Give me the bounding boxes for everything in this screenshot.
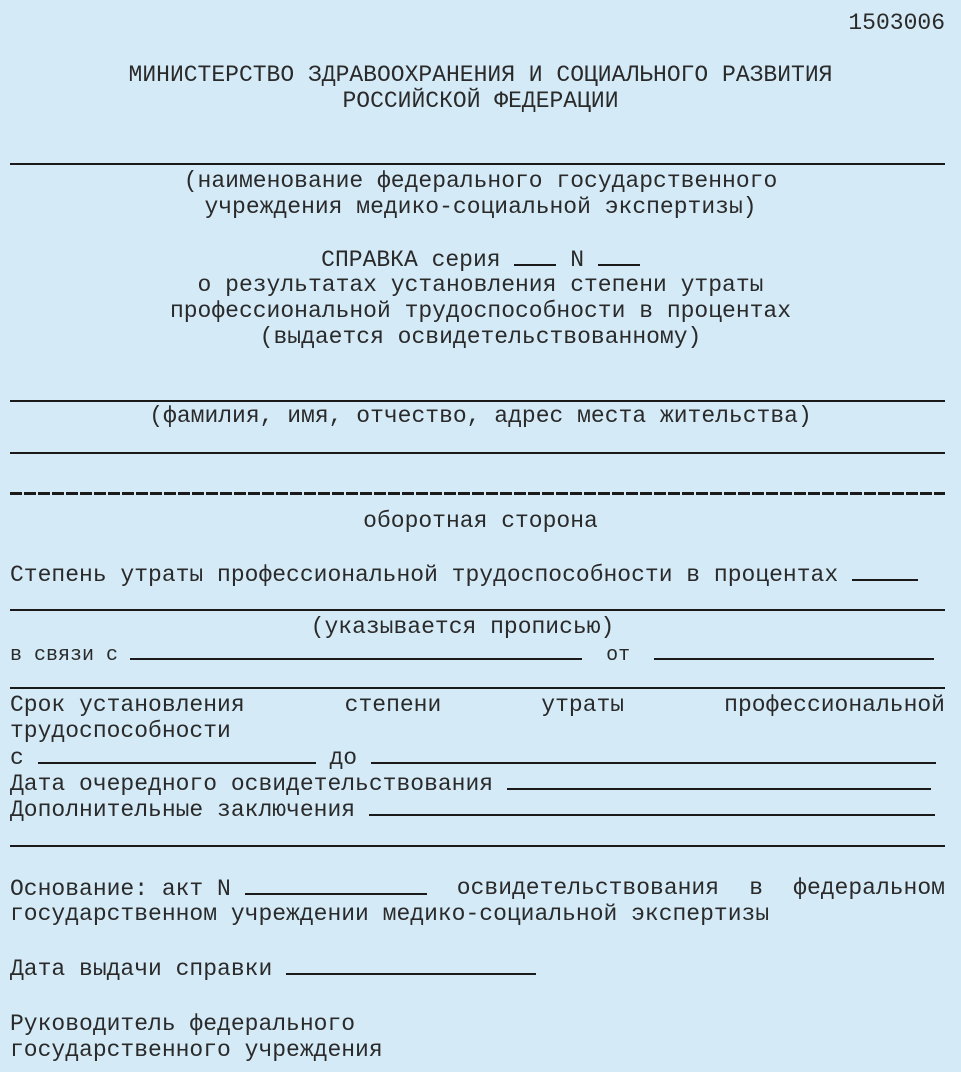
certificate-title-prefix: СПРАВКА серия [321, 247, 500, 273]
term-period-row: с до [10, 744, 945, 771]
number-label: N [570, 247, 584, 273]
basis-row: Основание: акт N освидетельствования в ф… [10, 875, 945, 902]
degree-row: Степень утраты профессиональной трудоспо… [10, 561, 945, 588]
number-field[interactable] [598, 246, 640, 266]
degree-percent-field[interactable] [852, 561, 918, 581]
basis-word-3: в [749, 875, 763, 902]
connection-continuation-field[interactable] [10, 687, 945, 689]
degree-words-field[interactable] [10, 609, 945, 611]
institution-caption-line2: учреждения медико-социальной экспертизы) [0, 194, 961, 220]
from-label: от [606, 644, 630, 667]
term-word-1: Срок установления [10, 692, 245, 718]
degree-label: Степень утраты профессиональной трудоспо… [10, 562, 838, 588]
additional-continuation-field[interactable] [10, 845, 945, 847]
reverse-side-title: оборотная сторона [0, 508, 961, 534]
term-word-2: степени [345, 692, 442, 718]
next-exam-field[interactable] [507, 770, 931, 790]
head-line1: Руководитель федерального [10, 1011, 945, 1037]
cut-line-divider [10, 492, 945, 495]
head-line2: государственного учреждения [10, 1037, 945, 1063]
ministry-title-line2: РОССИЙСКОЙ ФЕДЕРАЦИИ [0, 88, 961, 114]
term-from-field[interactable] [38, 744, 316, 764]
term-from-label: с [10, 745, 24, 771]
institution-name-field[interactable] [10, 163, 945, 165]
basis-word-4: федеральном [793, 875, 945, 902]
additional-row: Дополнительные заключения [10, 796, 945, 823]
basis-label: Основание: акт N [10, 876, 231, 902]
person-caption: (фамилия, имя, отчество, адрес места жит… [0, 403, 961, 429]
certificate-subtitle-line2: профессиональной трудоспособности в проц… [0, 298, 961, 324]
next-exam-row: Дата очередного освидетельствования [10, 770, 945, 797]
person-field-line2[interactable] [10, 452, 945, 454]
term-word-3: утраты [541, 692, 624, 718]
certificate-subtitle-line1: о результатах установления степени утрат… [0, 272, 961, 298]
additional-label: Дополнительные заключения [10, 797, 355, 823]
additional-field[interactable] [369, 796, 935, 816]
issue-date-label: Дата выдачи справки [10, 956, 272, 982]
connection-row: в связи с от [10, 640, 945, 669]
from-date-field[interactable] [654, 640, 934, 660]
basis-act-group: Основание: акт N [10, 875, 427, 902]
series-field[interactable] [514, 246, 556, 266]
term-word-4: профессиональной [724, 692, 945, 718]
degree-words-caption: (указывается прописью) [0, 614, 925, 640]
basis-line2: государственном учреждении медико-социал… [10, 901, 945, 927]
person-field-line1[interactable] [10, 400, 945, 402]
term-to-label: до [329, 745, 357, 771]
in-connection-field[interactable] [130, 640, 582, 660]
form-code: 1503006 [848, 10, 945, 36]
issue-date-row: Дата выдачи справки [10, 955, 945, 982]
institution-caption-line1: (наименование федерального государственн… [0, 168, 961, 194]
basis-act-number-field[interactable] [245, 875, 427, 895]
in-connection-label: в связи с [10, 644, 118, 667]
certificate-subtitle-line3: (выдается освидетельствованному) [0, 324, 961, 350]
certificate-title: СПРАВКА серия N [0, 246, 961, 273]
term-row: Срок установления степени утраты професс… [10, 692, 945, 718]
ministry-title-line1: МИНИСТЕРСТВО ЗДРАВООХРАНЕНИЯ И СОЦИАЛЬНО… [0, 62, 961, 88]
term-line2: трудоспособности [10, 718, 945, 744]
basis-word-2: освидетельствования [457, 875, 719, 902]
term-to-field[interactable] [371, 744, 936, 764]
issue-date-field[interactable] [286, 955, 536, 975]
next-exam-label: Дата очередного освидетельствования [10, 771, 493, 797]
